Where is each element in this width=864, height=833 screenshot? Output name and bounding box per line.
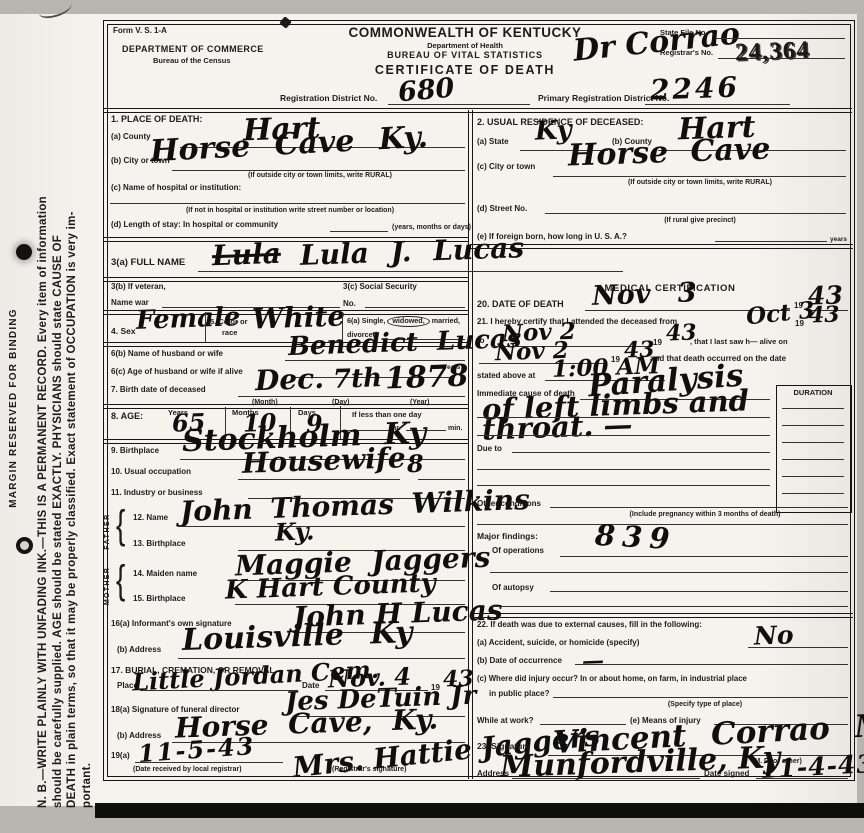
father-birthplace-value: Ky.	[275, 519, 315, 544]
age-min-label: min.	[448, 425, 462, 433]
occupation-code: 8	[407, 452, 425, 477]
margin-note-line: DEATH in plain terms, so that it may be …	[65, 16, 80, 808]
rule	[490, 606, 848, 607]
residence-city-note: (If outside city or town limits, write R…	[555, 179, 845, 187]
residence-state-value: Ky	[535, 117, 572, 144]
rule	[550, 507, 848, 508]
pod-stay-label: (d) Length of stay: In hospital or commu…	[111, 221, 278, 230]
husband-value: Benedict Lucas	[288, 326, 522, 360]
rule	[490, 572, 848, 573]
rule	[512, 778, 700, 779]
rule	[198, 271, 623, 272]
rule	[782, 493, 844, 494]
race-label: 5. Color or	[210, 318, 248, 326]
mother-side-label: MOTHER	[104, 560, 115, 612]
mother-brace: {	[116, 558, 125, 602]
marital-circled-widowed: widowed,	[387, 316, 429, 327]
external-c2-label: in public place?	[489, 690, 549, 699]
certify-line4: stated above at	[477, 372, 535, 381]
sex-label: 4. Sex	[111, 327, 136, 336]
external-b-value: —	[582, 650, 605, 673]
occupation-label: 10. Usual occupation	[111, 468, 191, 477]
registration-district-label: Registration District No.	[280, 94, 377, 103]
other-conditions-label: Other conditions	[477, 500, 541, 509]
binding-margin-text: MARGIN RESERVED FOR BINDING	[8, 148, 19, 668]
rule	[477, 435, 770, 436]
binding-margin-label: MARGIN RESERVED FOR BINDING	[8, 148, 22, 668]
mother-maiden-label: 14. Maiden name	[133, 570, 197, 579]
residence-state-label: (a) State	[477, 138, 509, 147]
rule	[553, 176, 846, 177]
primary-registration-value: 2246	[650, 73, 741, 104]
certify-year1-prefix: 19	[795, 320, 804, 329]
rule	[560, 556, 848, 557]
birthdate-month: Dec.	[255, 365, 325, 395]
date-of-death-value: Nov 3	[592, 279, 697, 310]
registrar-number-stamp: 24,364	[735, 37, 811, 68]
major-findings-label: Major findings:	[477, 532, 538, 541]
rule	[180, 526, 465, 527]
cause-value-line3: throat. —	[482, 410, 633, 444]
race-value: White	[252, 302, 346, 333]
veteran-label: 3(b) If veteran,	[111, 283, 166, 292]
rule	[110, 203, 465, 204]
certify-line2: , that I last saw h— alive on	[690, 338, 788, 346]
father-side-text: FATHER	[104, 505, 112, 558]
cell-divider	[205, 312, 206, 342]
registrar-signature-sub: (Registrar's signature)	[332, 766, 406, 774]
rule	[575, 664, 848, 665]
section-divider	[104, 277, 468, 282]
certify-from-year: 43	[809, 303, 840, 326]
social-security-label: 3(c) Social Security	[343, 283, 417, 292]
department-label: DEPARTMENT OF COMMERCE	[122, 45, 264, 55]
bureau-label: Bureau of the Census	[153, 57, 231, 65]
social-security-no-label: No.	[343, 300, 356, 309]
pod-hospital-note: (If not in hospital or institution write…	[120, 207, 460, 215]
date-of-death-label: 20. DATE OF DEATH	[477, 300, 564, 310]
findings-operations-label: Of operations	[492, 547, 544, 556]
certificate-title: CERTIFICATE OF DEATH	[330, 64, 600, 78]
pod-county-label: (a) County	[111, 133, 151, 142]
external-c-note: (Specify type of place)	[560, 701, 850, 709]
rule	[782, 442, 844, 443]
rule	[782, 425, 844, 426]
registrar-row-label: 19(a)	[111, 752, 130, 761]
rule	[782, 459, 844, 460]
external-a-label: (a) Accident, suicide, or homicide (spec…	[477, 639, 639, 648]
rule	[545, 213, 846, 214]
external-a-value: No	[754, 622, 794, 648]
rule	[330, 231, 388, 232]
rule	[715, 241, 827, 242]
findings-autopsy-label: Of autopsy	[492, 584, 534, 593]
external-work-label: While at work?	[477, 717, 533, 726]
rule	[477, 485, 770, 486]
rule	[756, 778, 848, 779]
marital-pre: 6(a) Single,	[347, 316, 385, 325]
duration-label: DURATION	[778, 389, 848, 397]
mother-side-text: MOTHER	[104, 560, 112, 612]
margin-note-line: N. B.—WRITE PLAINLY WITH UNFADING INK.—T…	[36, 16, 51, 808]
scan-black-bar	[95, 803, 864, 818]
occupation-value: Housewife	[242, 444, 407, 478]
rule	[512, 452, 770, 453]
birthdate-year: 1878	[385, 362, 469, 395]
rule	[418, 479, 465, 480]
residence-street-label: (d) Street No.	[477, 205, 527, 214]
age-label: 8. AGE:	[111, 412, 143, 422]
registrar-no-label: Registrar's No.	[660, 49, 713, 57]
informant-address-label: (b) Address	[117, 646, 161, 655]
external-causes-title: 22. If death was due to external causes,…	[477, 621, 702, 630]
place-of-death-title: 1. PLACE OF DEATH:	[111, 115, 202, 125]
residence-city-label: (c) City or town	[477, 163, 535, 172]
bureau-vital-statistics-label: BUREAU OF VITAL STATISTICS	[330, 51, 600, 61]
residence-years-unit: years	[830, 236, 847, 243]
section-divider	[470, 244, 853, 249]
birthplace-label: 9. Birthplace	[111, 447, 159, 456]
commonwealth-title: COMMONWEALTH OF KENTUCKY	[330, 26, 600, 41]
rule	[748, 647, 848, 648]
husband-age-label: 6(c) Age of husband or wife if alive	[111, 368, 243, 377]
certify-to-word: to	[477, 337, 485, 346]
section-divider	[104, 404, 468, 409]
rule	[140, 690, 298, 691]
findings-operations-value: 839	[594, 521, 677, 554]
residence-city-value: Horse Cave	[568, 134, 771, 171]
registrar-date-sub: (Date received by local registrar)	[133, 766, 242, 774]
rule	[550, 591, 848, 592]
rule	[172, 170, 465, 171]
rule	[782, 476, 844, 477]
residence-foreign-label: (e) If foreign born, how long in U. S. A…	[477, 233, 627, 242]
pod-city-note: (If outside city or town limits, write R…	[180, 172, 460, 180]
dept-of-health-label: Department of Health	[330, 42, 600, 50]
section-divider	[470, 613, 853, 618]
rule	[135, 762, 283, 763]
physician-date-signed-label: Date signed	[704, 770, 749, 779]
death-certificate-scan: MARGIN RESERVED FOR BINDING N. B.—WRITE …	[0, 0, 864, 833]
father-name-label: 12. Name	[133, 514, 168, 523]
full-name-label: 3(a) FULL NAME	[111, 258, 185, 268]
pod-stay-note: (years, months or days)	[392, 224, 471, 232]
rule	[365, 307, 465, 308]
race-label2: race	[222, 329, 237, 337]
form-number: Form V. S. 1-A	[113, 27, 167, 36]
rule	[477, 469, 770, 470]
father-brace: {	[116, 503, 125, 547]
rule	[238, 479, 400, 480]
margin-note: N. B.—WRITE PLAINLY WITH UNFADING INK.—T…	[36, 16, 94, 808]
rule	[782, 408, 844, 409]
rule	[553, 697, 848, 698]
mother-birthplace-label: 15. Birthplace	[133, 595, 185, 604]
pod-hospital-label: (c) Name of hospital or institution:	[111, 184, 241, 193]
certify-from-value: Oct 3	[745, 298, 816, 328]
margin-note-line: should be carefully supplied. AGE should…	[51, 16, 66, 808]
margin-note-line: portant.	[80, 16, 95, 808]
registration-district-value: 680	[397, 75, 456, 107]
father-birthplace-label: 13. Birthplace	[133, 540, 185, 549]
father-side-label: FATHER	[104, 505, 115, 558]
husband-label: 6(b) Name of husband or wife	[111, 350, 223, 359]
external-c-label: (c) Where did injury occur? In or about …	[477, 675, 747, 684]
full-name-struck: Lula	[212, 240, 282, 270]
external-b-label: (b) Date of occurrence	[477, 657, 562, 666]
residence-street-note: (If rural give precinct)	[600, 217, 800, 225]
state-file-label: State File No.	[660, 29, 708, 37]
marital-post: married,	[432, 316, 460, 325]
informant-address-value: Louisville Ky	[182, 618, 413, 656]
birthdate-day: 7th	[333, 365, 383, 393]
birthdate-label: 7. Birth date of deceased	[111, 386, 206, 395]
due-to-label: Due to	[477, 445, 502, 454]
